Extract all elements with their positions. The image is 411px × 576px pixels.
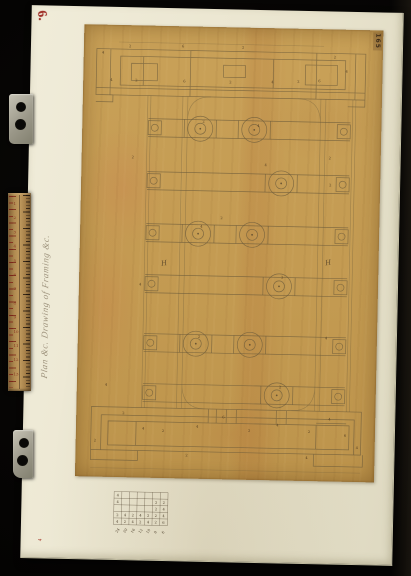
figure-mark: 2 <box>220 216 222 220</box>
table-cell: 4 <box>147 520 150 524</box>
table-cell: 4 <box>116 500 119 504</box>
drawing-sheet: 4262426242624242242424224422424624246242… <box>75 24 383 482</box>
figure-mark: 2 <box>94 439 96 443</box>
figure-mark: 4 <box>102 51 105 55</box>
catalog-number: 6. <box>34 9 51 21</box>
figure-mark: 4 <box>276 423 279 427</box>
figure-mark: 4 <box>110 78 113 82</box>
side-rails <box>141 96 355 412</box>
ruler-numeral: 2 <box>14 215 17 220</box>
ruler-numeral: 4 <box>14 244 17 249</box>
scale-table-cells: 44222424242244242426 <box>116 493 166 524</box>
ruler-numeral: 6 <box>14 272 17 277</box>
figure-mark: 2 <box>329 183 331 187</box>
bottom-frame-member <box>90 407 363 468</box>
figure-mark: 2 <box>129 44 131 48</box>
ruler-numeral: 7 <box>14 286 17 291</box>
figure-mark: 2 <box>242 46 244 50</box>
ruler-numeral: 5 <box>14 258 17 263</box>
table-column-label: 16 <box>130 527 136 534</box>
table-column-label: 10 <box>146 528 152 535</box>
table-cell: 6 <box>162 521 165 525</box>
figure-mark: 4 <box>356 446 359 450</box>
table-cell: 2 <box>124 520 126 524</box>
table-cell: 4 <box>162 514 165 518</box>
figure-mark: 2 <box>132 155 134 159</box>
table-column-label: 24 <box>115 527 121 534</box>
figure-mark: 2 <box>281 275 283 279</box>
table-cell: 4 <box>117 493 120 497</box>
figure-mark: 2 <box>248 429 250 433</box>
section-letter: H <box>323 257 332 267</box>
figure-mark: 4 <box>325 336 328 340</box>
table-cell: 2 <box>155 521 157 525</box>
table-cell: 2 <box>116 513 118 517</box>
figure-mark: 2 <box>279 385 281 389</box>
table-column-label: 6 <box>161 530 166 535</box>
figure-mark: 6 <box>183 79 186 83</box>
figure-mark: 2 <box>162 429 164 433</box>
table-cell: 2 <box>132 513 134 517</box>
metal-clip-top <box>9 94 33 144</box>
table-cell: 4 <box>139 514 142 518</box>
table-cell: 4 <box>116 520 119 524</box>
end-fitting <box>333 340 346 354</box>
ruler-numeral: 3 <box>14 229 17 234</box>
ruler-numeral: 12 <box>14 357 20 362</box>
table-cell: 2 <box>155 514 157 518</box>
figure-mark: 6 <box>318 79 321 83</box>
clip-hole <box>15 119 26 130</box>
end-fitting <box>337 125 350 139</box>
ruler-numeral: 8 <box>14 300 17 305</box>
clip-hole <box>17 455 28 466</box>
figure-mark: 2 <box>198 335 200 339</box>
red-edge-mark: 4 <box>38 539 43 542</box>
mount-board: 6. Plan &c. Drawing of Framing &c. 4 426… <box>20 5 403 566</box>
ruler-numeral: 9 <box>14 315 17 320</box>
figure-mark: 6 <box>344 434 347 438</box>
figure-mark: 2 <box>202 120 204 124</box>
table-cell: 2 <box>155 507 157 511</box>
figure-mark: 2 <box>229 80 231 84</box>
metal-clip-bottom <box>13 430 33 478</box>
photograph-scene: 6. Plan &c. Drawing of Framing &c. 4 426… <box>0 0 411 576</box>
table-cell: 4 <box>131 520 134 524</box>
figure-mark: 2 <box>297 80 299 84</box>
figure-mark: 2 <box>308 430 310 434</box>
figure-mark: 4 <box>142 427 145 431</box>
ruler-numeral: 11 <box>14 343 19 348</box>
scale-table: 44222424242244242426 242016121086 <box>113 491 170 538</box>
clip-hole <box>19 438 29 448</box>
table-cell: 2 <box>139 520 141 524</box>
end-fitting <box>334 281 347 295</box>
ruler-numbers: 12345678910111213 <box>13 197 21 387</box>
figure-mark: 2 <box>329 156 331 160</box>
end-fitting <box>336 178 349 192</box>
table-cell: 4 <box>163 508 166 512</box>
table-column-label: 20 <box>122 527 128 534</box>
figure-mark: 6 <box>182 44 185 48</box>
table-cell: 2 <box>155 501 157 505</box>
table-cell: 2 <box>163 501 165 505</box>
figure-mark: 4 <box>257 124 260 128</box>
figure-mark: 4 <box>345 70 348 74</box>
figure-mark: 4 <box>139 282 142 286</box>
figure-mark: 4 <box>305 456 308 460</box>
table-column-label: 8 <box>153 530 158 535</box>
figure-mark: 4 <box>105 383 108 387</box>
table-column-label: 12 <box>138 528 144 534</box>
corner-stamp: 165 <box>373 32 382 50</box>
figure-mark: 2 <box>334 56 336 60</box>
figure-mark: 2 <box>185 453 187 457</box>
wooden-ruler: 12345678910111213 <box>8 193 31 391</box>
ruler-numeral: 10 <box>14 329 20 334</box>
section-letter: H <box>159 258 168 268</box>
handwritten-caption: Plan &c. Drawing of Framing &c. <box>39 234 51 380</box>
end-fitting <box>332 390 345 404</box>
figure-mark: 4 <box>264 163 267 167</box>
ruler-ticks-long <box>23 195 30 389</box>
ruler-numeral: 1 <box>14 201 17 206</box>
figure-mark: 2 <box>135 78 137 82</box>
figure-mark: 4 <box>200 225 203 229</box>
figure-mark: 2 <box>122 411 124 415</box>
clip-hole <box>16 102 26 112</box>
figure-mark: 4 <box>271 80 274 84</box>
drawing-svg: 4262426242624242242424224422424624246242… <box>75 24 383 482</box>
table-cell: 2 <box>147 514 149 518</box>
scale-table-labels: 242016121086 <box>115 527 166 535</box>
table-cell: 4 <box>124 513 127 517</box>
end-fitting <box>335 230 348 244</box>
figure-mark: 4 <box>196 425 199 429</box>
ruler-numeral: 13 <box>14 371 20 376</box>
